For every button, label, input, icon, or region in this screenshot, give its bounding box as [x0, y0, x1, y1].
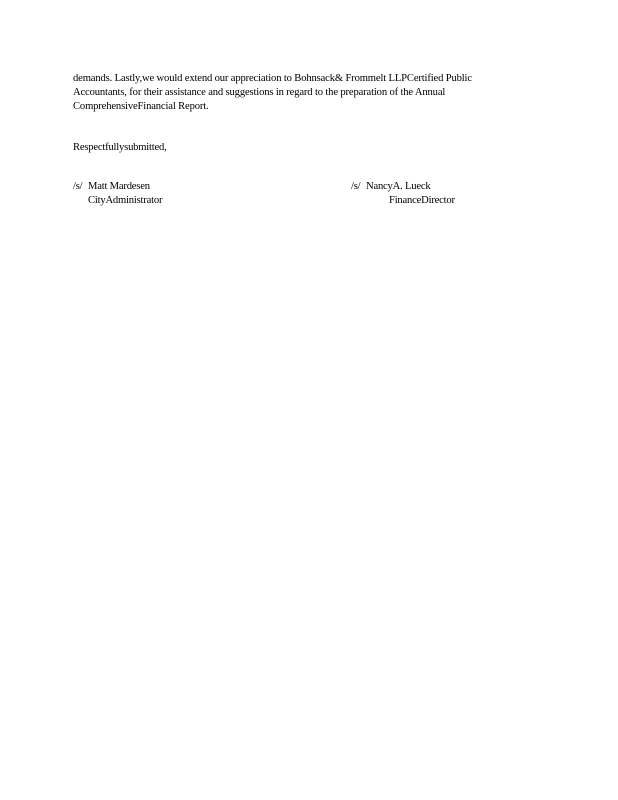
signature-block-city-administrator: /s/Matt Mardesen CityAdministrator — [73, 180, 162, 208]
signer-title: CityAdministrator — [73, 194, 162, 208]
document-page: demands. Lastly,we would extend our appr… — [0, 0, 618, 800]
paragraph-line: Accountants, for their assistance and su… — [73, 86, 533, 100]
signature-mark: /s/ — [351, 180, 366, 194]
paragraph-line: demands. Lastly,we would extend our appr… — [73, 72, 533, 86]
signer-name: Matt Mardesen — [88, 180, 150, 194]
signer-name: NancyA. Lueck — [366, 180, 430, 194]
signature-block-finance-director: /s/NancyA. Lueck FinanceDirector — [351, 180, 455, 208]
signature-mark: /s/ — [73, 180, 88, 194]
paragraph-line: ComprehensiveFinancial Report. — [73, 100, 533, 114]
closing-salutation: Respectfullysubmitted, — [73, 141, 167, 155]
signer-title: FinanceDirector — [351, 194, 455, 208]
closing-paragraph: demands. Lastly,we would extend our appr… — [73, 72, 533, 114]
